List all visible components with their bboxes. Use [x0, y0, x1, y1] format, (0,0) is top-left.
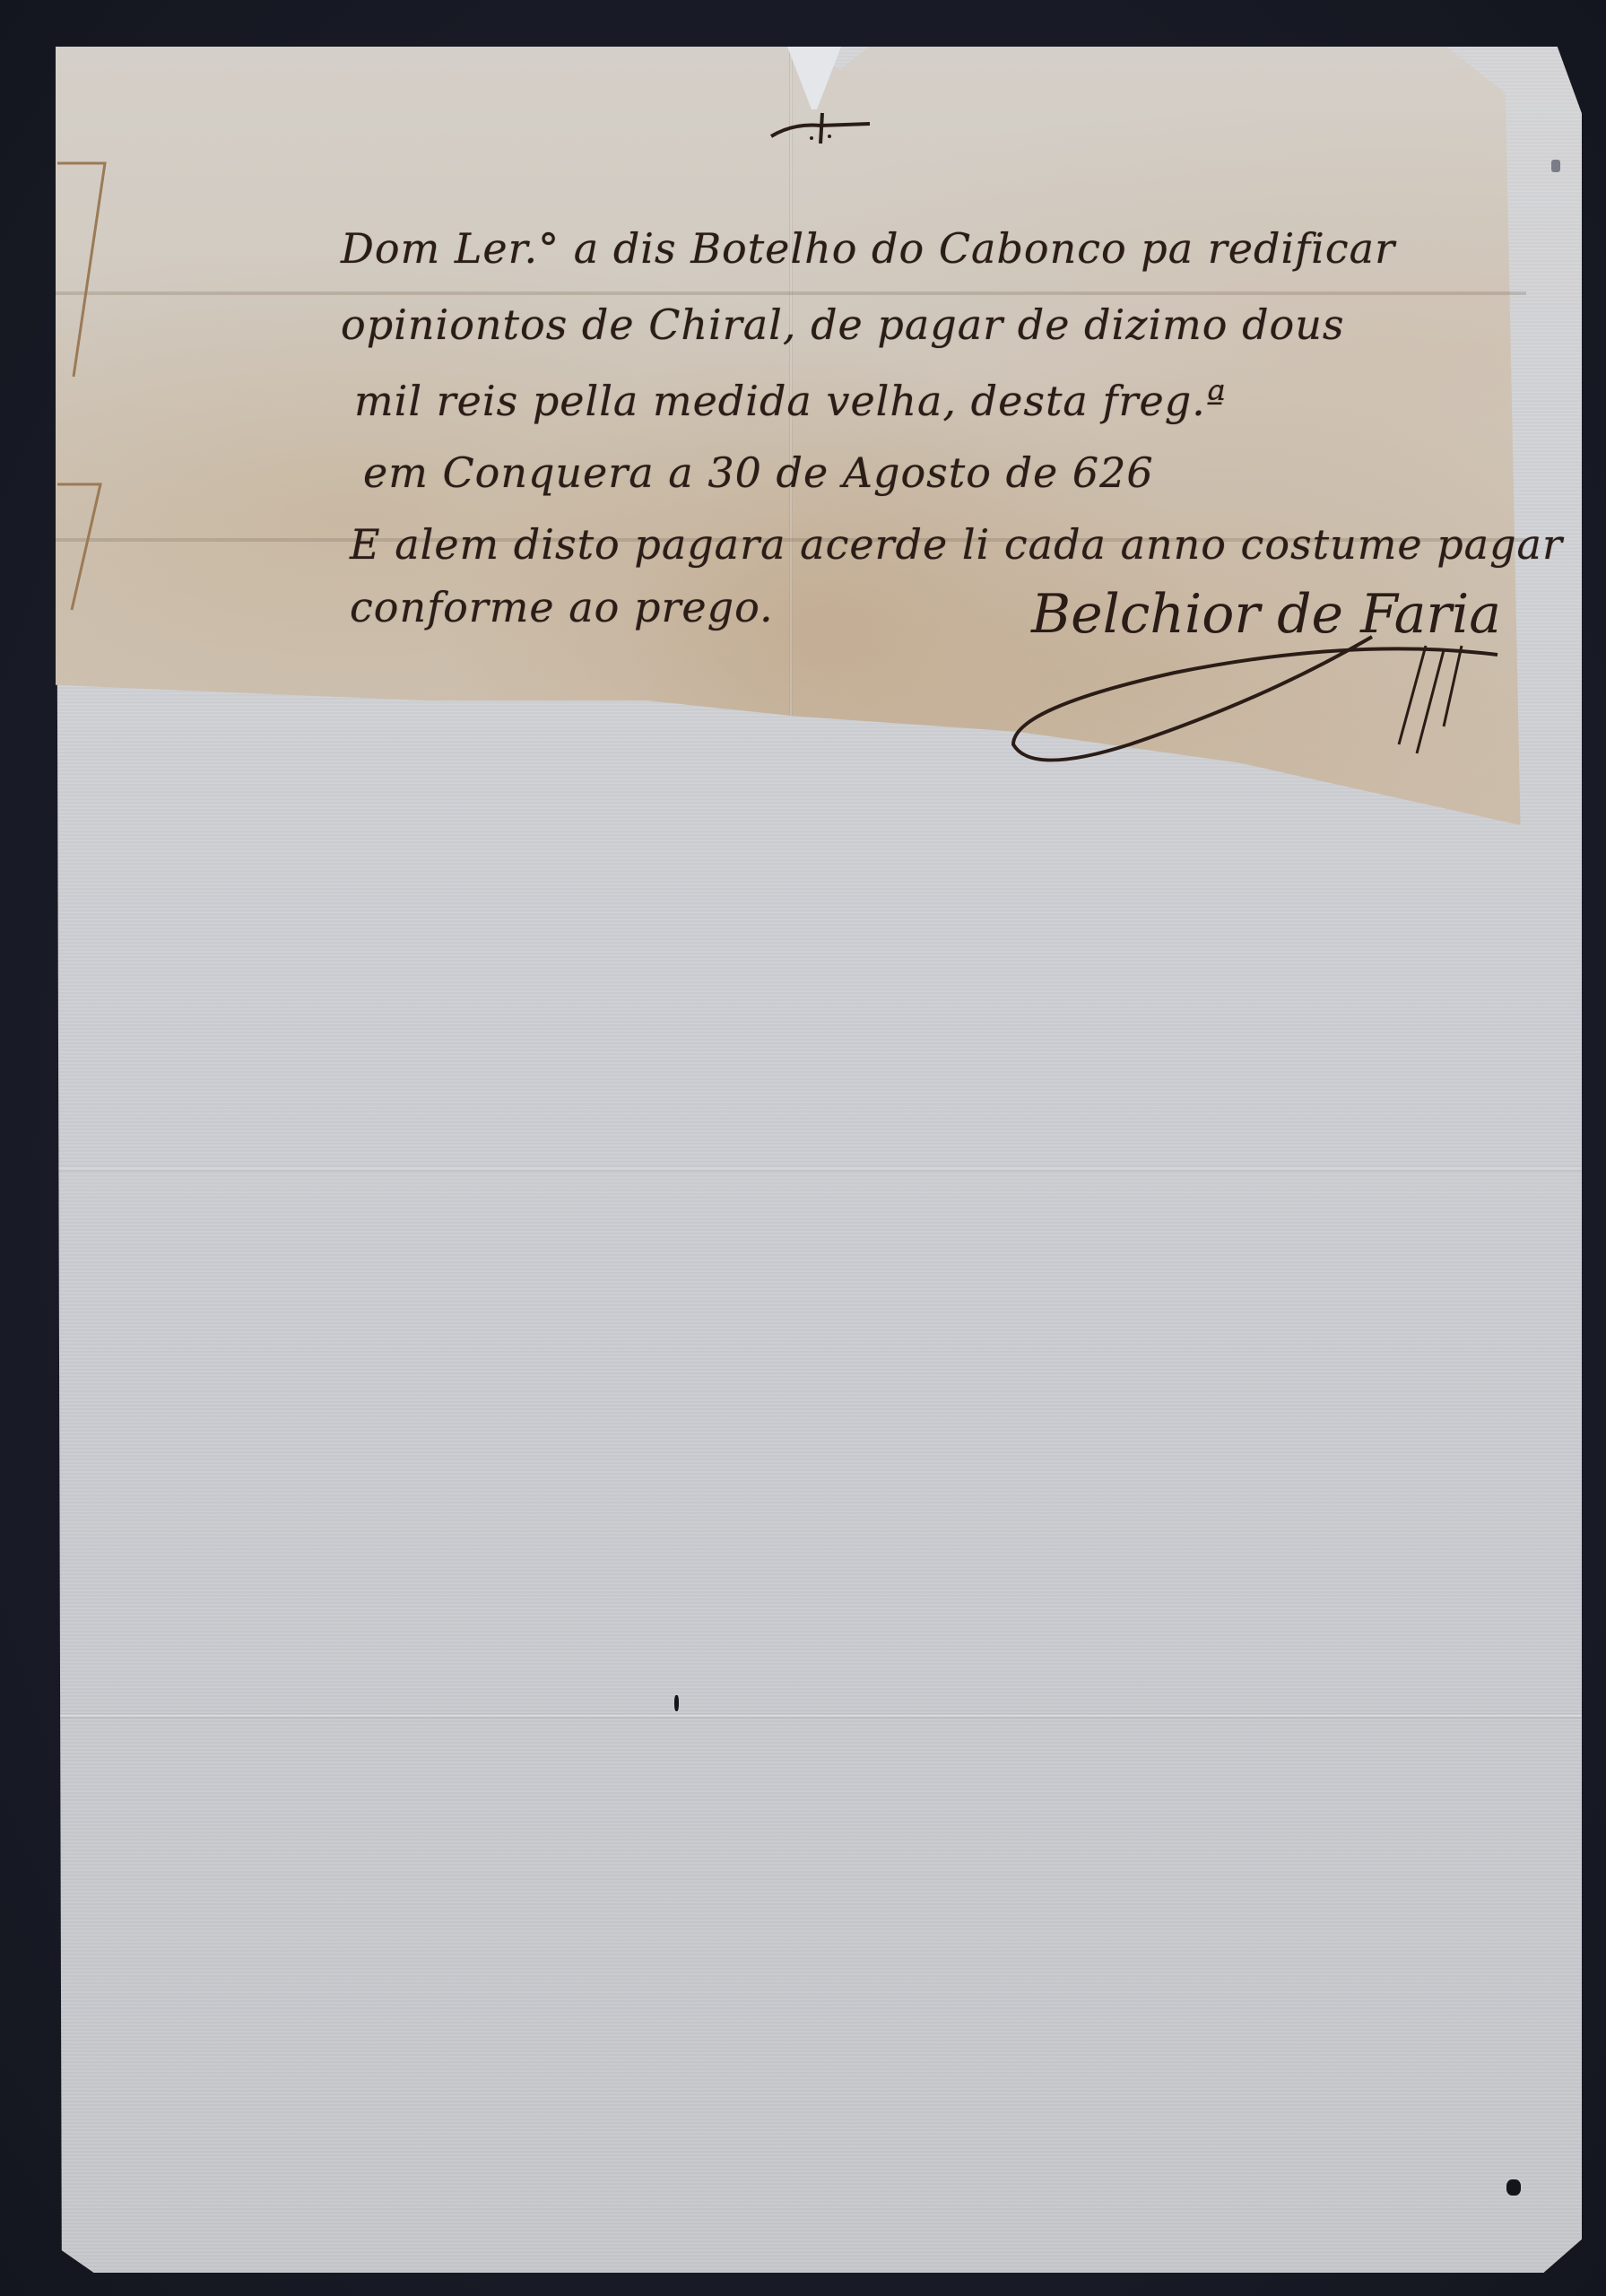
manuscript-line-5: E alem disto pagara acerde li cada anno …: [350, 520, 1563, 569]
ink-spot: [674, 1695, 679, 1711]
signature-flourish-icon: [995, 619, 1515, 762]
fold-crease: [56, 1713, 1582, 1718]
fold-crease: [56, 1166, 1582, 1171]
edge-mark: [1551, 160, 1560, 172]
manuscript-line-4: em Conquera a 30 de Agosto de 626: [363, 448, 1154, 497]
ink-spot: [1506, 2179, 1521, 2196]
manuscript-line-3: mil reis pella medida velha, desta freg.…: [354, 377, 1227, 425]
margin-bracket-icon: [56, 161, 109, 664]
manuscript-line-6: conforme ao prego.: [350, 583, 774, 631]
manuscript-line-2: opiniontos de Chiral, de pagar de dizimo…: [341, 300, 1344, 349]
cross-mark-icon: [767, 109, 874, 145]
fold-line: [56, 291, 1526, 295]
manuscript-line-1: Dom Ler.° a dis Botelho do Cabonco pa re…: [341, 224, 1395, 273]
